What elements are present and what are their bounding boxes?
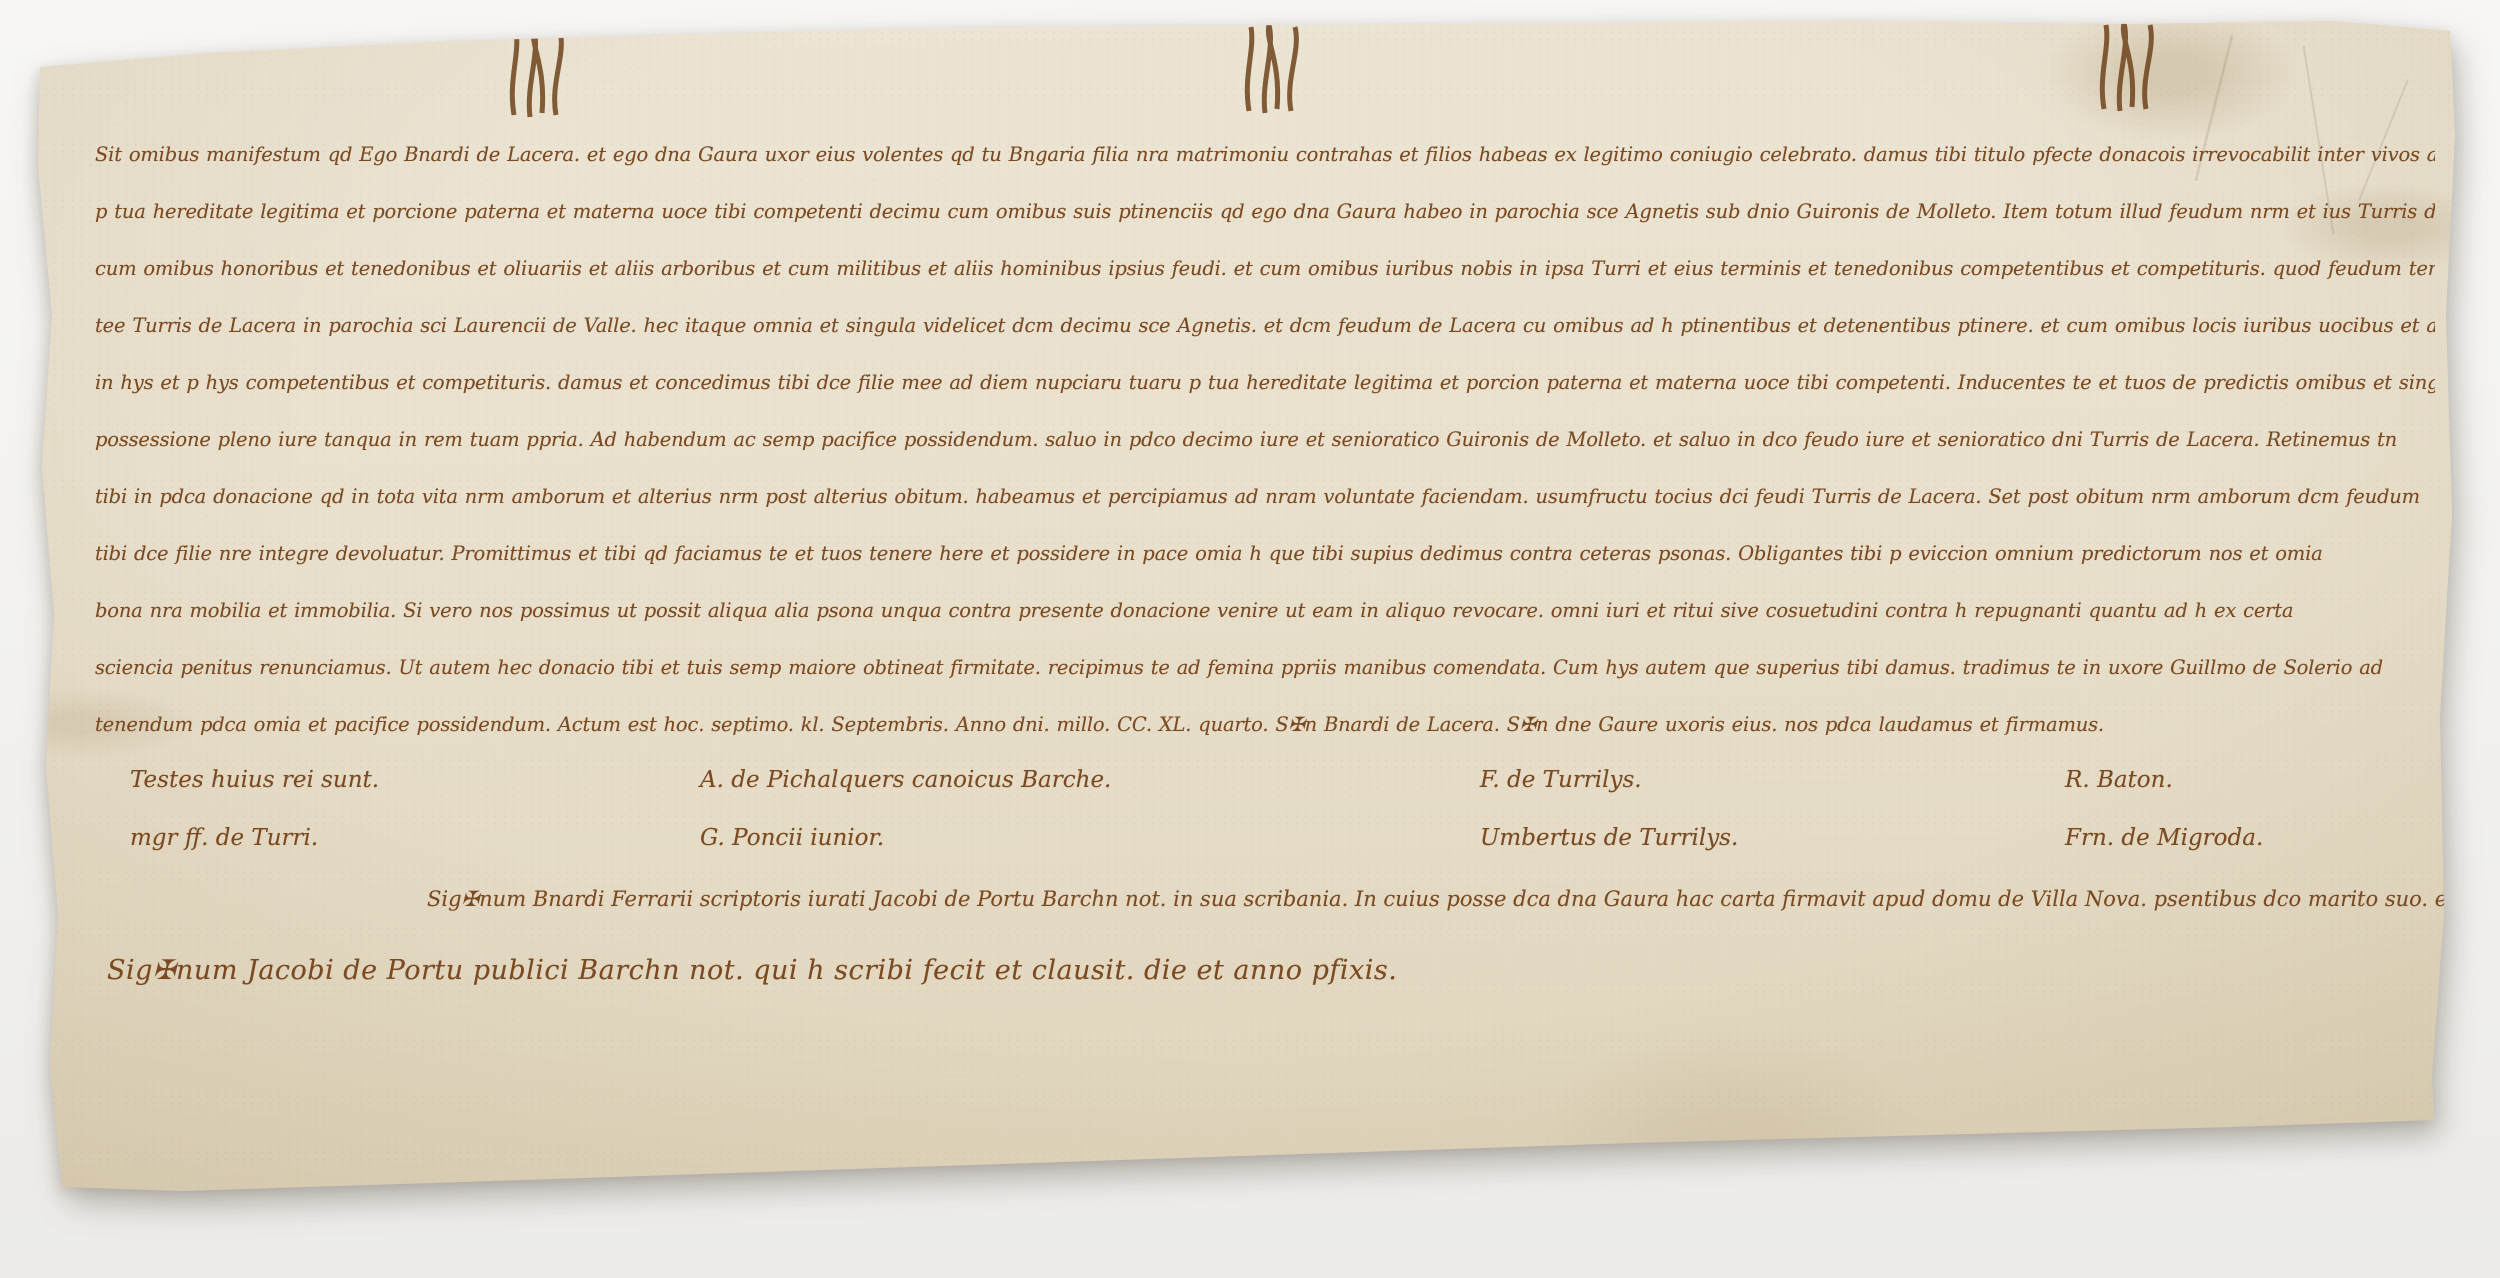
parchment-charter: Sit omibus manifestum qd Ego Bnardi de L… xyxy=(32,15,2460,1195)
notary-subscription: Sig✠num Bnardi Ferrarii scriptoris iurat… xyxy=(427,887,2500,911)
pen-flourish-icon xyxy=(500,25,578,125)
charter-line: in hys et p hys competentibus et competi… xyxy=(95,371,2435,394)
witness-name: A. de Pichalquers canoicus Barche. xyxy=(700,767,1111,793)
charter-line: tee Turris de Lacera in parochia sci Lau… xyxy=(95,314,2435,337)
charter-line: Sit omibus manifestum qd Ego Bnardi de L… xyxy=(95,143,2435,166)
witness-name: Frn. de Migroda. xyxy=(2065,825,2263,851)
charter-line: cum omibus honoribus et tenedonibus et o… xyxy=(95,257,2435,280)
charter-line: tibi dce filie nre integre devoluatur. P… xyxy=(95,542,2435,565)
pen-flourish-icon xyxy=(2090,19,2168,119)
witness-name: F. de Turrilys. xyxy=(1480,767,1642,793)
witness-name: mgr ff. de Turri. xyxy=(130,825,318,851)
charter-line: bona nra mobilia et immobilia. Si vero n… xyxy=(95,599,2435,622)
witness-heading: Testes huius rei sunt. xyxy=(130,767,379,793)
charter-line: p tua hereditate legitima et porcione pa… xyxy=(95,200,2435,223)
parchment-shadow: Sit omibus manifestum qd Ego Bnardi de L… xyxy=(0,0,2500,1278)
charter-line: sciencia penitus renunciamus. Ut autem h… xyxy=(95,656,2435,679)
photo-stage: Sit omibus manifestum qd Ego Bnardi de L… xyxy=(0,0,2500,1278)
witness-name: Umbertus de Turrilys. xyxy=(1480,825,1738,851)
pen-flourish-icon xyxy=(1235,21,1313,121)
notary-subscription: Sig✠num Jacobi de Portu publici Barchn n… xyxy=(107,955,1397,986)
charter-line: possessione pleno iure tanqua in rem tua… xyxy=(95,428,2435,451)
witness-name: R. Baton. xyxy=(2065,767,2173,793)
charter-line: tenendum pdca omia et pacifice possidend… xyxy=(95,713,2435,736)
witness-name: G. Poncii iunior. xyxy=(700,825,884,851)
charter-line: tibi in pdca donacione qd in tota vita n… xyxy=(95,485,2435,508)
crease-mark xyxy=(2358,79,2409,201)
